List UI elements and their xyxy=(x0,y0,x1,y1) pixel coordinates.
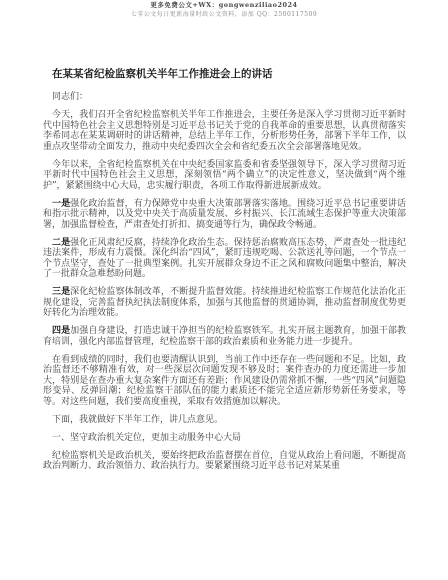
paragraph-text: 今年以来，全省纪检监察机关在中央纪委国家监委和省委坚强领导下，深入学习贯彻习近平… xyxy=(43,160,406,191)
paragraph: 在看到成绩的同时，我们也要清醒认识到，当前工作中还存在一些问题和不足。比如，政治… xyxy=(43,355,406,408)
salutation: 同志们： xyxy=(43,92,406,103)
paragraph-lead: 四是 xyxy=(52,326,70,336)
paragraph-lead: 一是 xyxy=(52,199,70,209)
paragraph: 四是加强自身建设，打造忠诚干净担当的纪检监察铁军。扎实开展主题教育，加强干部教育… xyxy=(43,326,406,347)
paragraph-text: 强化政治监督，有力保障党中央重大决策部署落实落地。围绕习近平总书记重要讲话和指示… xyxy=(43,199,406,230)
paragraph-text: 强化正风肃纪反腐，持续净化政治生态。保持惩治腐败高压态势，严肃查处一批违纪违法案… xyxy=(43,238,406,280)
paragraph-text: 下面，我就做好下半年工作，讲几点意见。 xyxy=(52,415,223,425)
paragraph: 三是深化纪检监察体制改革，不断提升监督效能。持续推进纪检监察工作规范化法治化正规… xyxy=(43,287,406,319)
paragraph: 二是强化正风肃纪反腐，持续净化政治生态。保持惩治腐败高压态势，严肃查处一批违纪违… xyxy=(43,238,406,280)
paragraph: 一是强化政治监督，有力保障党中央重大决策部署落实落地。围绕习近平总书记重要讲话和… xyxy=(43,199,406,231)
paragraph: 今天，我们召开全省纪检监察机关半年工作推进会，主要任务是深入学习贯彻习近平新时代… xyxy=(43,110,406,152)
document-body: 在某某省纪检监察机关半年工作推进会上的讲话 同志们： 今天，我们召开全省纪检监察… xyxy=(43,68,406,472)
watermark-line-1: 更多免费公文+WX：gongwenziliao2024 xyxy=(0,1,448,9)
paragraph: 下面，我就做好下半年工作，讲几点意见。 xyxy=(43,415,406,426)
paragraph-text: 今天，我们召开全省纪检监察机关半年工作推进会，主要任务是深入学习贯彻习近平新时代… xyxy=(43,110,406,152)
paragraph-text: 同志们： xyxy=(52,92,88,102)
document-page: 更多免费公文+WX：gongwenziliao2024 七零公文每日更新海量时政… xyxy=(0,0,448,580)
paragraph: 纪检监察机关是政治机关，要始终把政治监督摆在首位，自觉从政治上看问题，不断提高政… xyxy=(43,451,406,472)
paragraph-text: 深化纪检监察体制改革，不断提升监督效能。持续推进纪检监察工作规范化法治化正规化建… xyxy=(43,287,406,318)
paragraph-text: 纪检监察机关是政治机关，要始终把政治监督摆在首位，自觉从政治上看问题，不断提高政… xyxy=(43,451,406,472)
section-heading: 一、坚守政治机关定位，更加主动服务中心大局 xyxy=(43,433,406,444)
paragraph: 今年以来，全省纪检监察机关在中央纪委国家监委和省委坚强领导下，深入学习贯彻习近平… xyxy=(43,160,406,192)
paragraph-text: 一、坚守政治机关定位，更加主动服务中心大局 xyxy=(52,433,241,443)
paragraph-text: 在看到成绩的同时，我们也要清醒认识到，当前工作中还存在一些问题和不足。比如，政治… xyxy=(43,355,406,407)
paragraph-lead: 二是 xyxy=(52,238,70,248)
paragraph-text: 加强自身建设，打造忠诚干净担当的纪检监察铁军。扎实开展主题教育，加强干部教育培训… xyxy=(43,326,406,347)
watermark-line-2: 七零公文每日更新海量时政公文资料，添加 QQ：2500117509 xyxy=(0,11,448,19)
paragraph-lead: 三是 xyxy=(52,287,70,297)
document-title: 在某某省纪检监察机关半年工作推进会上的讲话 xyxy=(43,68,406,81)
watermark-header: 更多免费公文+WX：gongwenziliao2024 七零公文每日更新海量时政… xyxy=(0,0,448,19)
